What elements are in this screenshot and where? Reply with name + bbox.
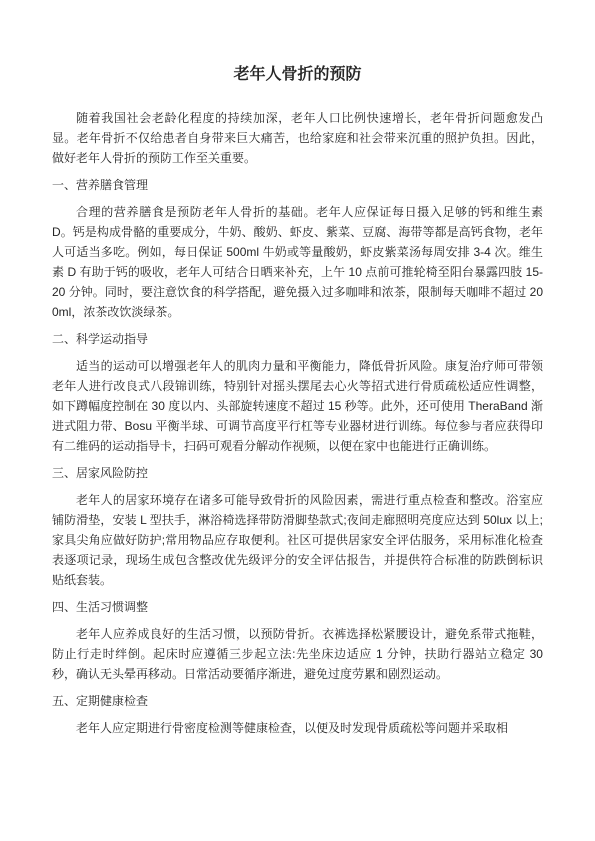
section-exercise-heading: 二、科学运动指导: [52, 329, 543, 349]
section-home-risk: 三、居家风险防控 老年人的居家环境存在诸多可能导致骨折的风险因素，需进行重点检查…: [52, 463, 543, 590]
section-checkup-paragraph: 老年人应定期进行骨密度检测等健康检查，以便及时发现骨质疏松等问题并采取相: [52, 718, 543, 738]
document-title: 老年人骨折的预防: [52, 62, 543, 88]
section-home-risk-paragraph: 老年人的居家环境存在诸多可能导致骨折的风险因素，需进行重点检查和整改。浴室应铺防…: [52, 490, 543, 590]
document-page: 老年人骨折的预防 随着我国社会老龄化程度的持续加深，老年人口比例快速增长，老年骨…: [0, 0, 595, 841]
section-diet-heading: 一、营养膳食管理: [52, 175, 543, 195]
document-content: 老年人骨折的预防 随着我国社会老龄化程度的持续加深，老年人口比例快速增长，老年骨…: [0, 0, 595, 738]
section-exercise-paragraph: 适当的运动可以增强老年人的肌肉力量和平衡能力，降低骨折风险。康复治疗师可带领老年…: [52, 356, 543, 456]
section-diet: 一、营养膳食管理 合理的营养膳食是预防老年人骨折的基础。老年人应保证每日摄入足够…: [52, 175, 543, 322]
section-checkup: 五、定期健康检查 老年人应定期进行骨密度检测等健康检查，以便及时发现骨质疏松等问…: [52, 691, 543, 738]
intro-paragraph: 随着我国社会老龄化程度的持续加深，老年人口比例快速增长，老年骨折问题愈发凸显。老…: [52, 108, 543, 168]
section-habits: 四、生活习惯调整 老年人应养成良好的生活习惯，以预防骨折。衣裤选择松紧腰设计，避…: [52, 597, 543, 684]
section-habits-heading: 四、生活习惯调整: [52, 597, 543, 617]
section-exercise: 二、科学运动指导 适当的运动可以增强老年人的肌肉力量和平衡能力，降低骨折风险。康…: [52, 329, 543, 456]
section-checkup-heading: 五、定期健康检查: [52, 691, 543, 711]
section-diet-paragraph: 合理的营养膳食是预防老年人骨折的基础。老年人应保证每日摄入足够的钙和维生素 D。…: [52, 202, 543, 322]
section-home-risk-heading: 三、居家风险防控: [52, 463, 543, 483]
section-habits-paragraph: 老年人应养成良好的生活习惯，以预防骨折。衣裤选择松紧腰设计，避免系带式拖鞋，防止…: [52, 624, 543, 684]
